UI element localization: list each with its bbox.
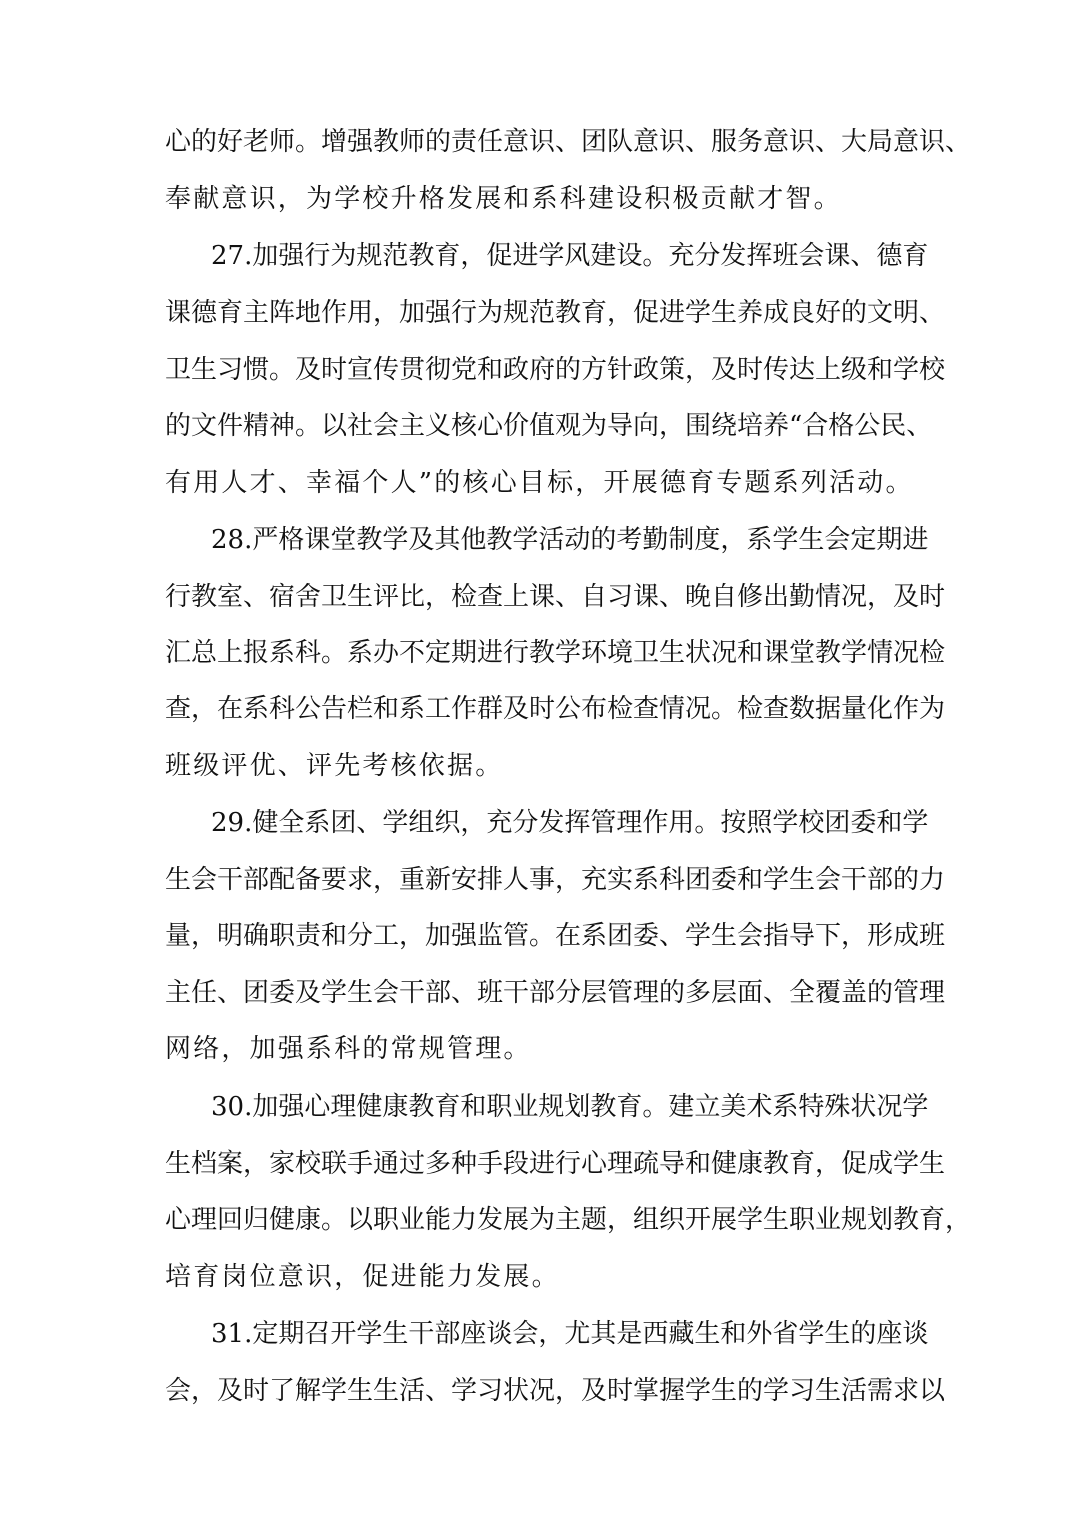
paragraph-28-start: 28.严格课堂教学及其他教学活动的考勤制度，系学生会定期进 (211, 520, 920, 560)
text-line: 会，及时了解学生生活、学习状况，及时掌握学生的学习生活需求以 (165, 1371, 920, 1411)
text-line: 卫生习惯。及时宣传贯彻党和政府的方针政策，及时传达上级和学校 (165, 350, 920, 390)
paragraph-27-start: 27.加强行为规范教育，促进学风建设。充分发挥班会课、德育 (211, 236, 920, 276)
text-line: 汇总上报系科。系办不定期进行教学环境卫生状况和课堂教学情况检 (165, 633, 920, 673)
paragraph-29-start: 29.健全系团、学组织，充分发挥管理作用。按照学校团委和学 (211, 803, 920, 843)
paragraph-30-start: 30.加强心理健康教育和职业规划教育。建立美术系特殊状况学 (211, 1087, 920, 1127)
text-line: 生会干部配备要求，重新安排人事，充实系科团委和学生会干部的力 (165, 860, 920, 900)
paragraph-31-start: 31.定期召开学生干部座谈会，尤其是西藏生和外省学生的座谈 (211, 1314, 920, 1354)
text-line: 课德育主阵地作用，加强行为规范教育，促进学生养成良好的文明、 (165, 293, 920, 333)
document-page: 心的好老师。增强教师的责任意识、团队意识、服务意识、大局意识、 奉献意识，为学校… (0, 0, 1080, 1529)
text-line: 网络，加强系科的常规管理。 (165, 1029, 920, 1069)
text-line: 有用人才、幸福个人”的核心目标，开展德育专题系列活动。 (165, 463, 920, 503)
text-line: 查，在系科公告栏和系工作群及时公布检查情况。检查数据量化作为 (165, 689, 920, 729)
text-line: 奉献意识，为学校升格发展和系科建设积极贡献才智。 (165, 179, 920, 219)
text-line: 的文件精神。以社会主义核心价值观为导向，围绕培养“合格公民、 (165, 406, 920, 446)
text-line: 班级评优、评先考核依据。 (165, 746, 920, 786)
text-line: 心理回归健康。以职业能力发展为主题，组织开展学生职业规划教育， (165, 1200, 920, 1240)
text-line: 培育岗位意识，促进能力发展。 (165, 1257, 920, 1297)
text-line: 行教室、宿舍卫生评比，检查上课、自习课、晚自修出勤情况，及时 (165, 577, 920, 617)
text-line: 心的好老师。增强教师的责任意识、团队意识、服务意识、大局意识、 (165, 122, 920, 162)
text-line: 生档案，家校联手通过多种手段进行心理疏导和健康教育，促成学生 (165, 1144, 920, 1184)
text-line: 量，明确职责和分工，加强监管。在系团委、学生会指导下，形成班 (165, 916, 920, 956)
text-line: 主任、团委及学生会干部、班干部分层管理的多层面、全覆盖的管理 (165, 973, 920, 1013)
